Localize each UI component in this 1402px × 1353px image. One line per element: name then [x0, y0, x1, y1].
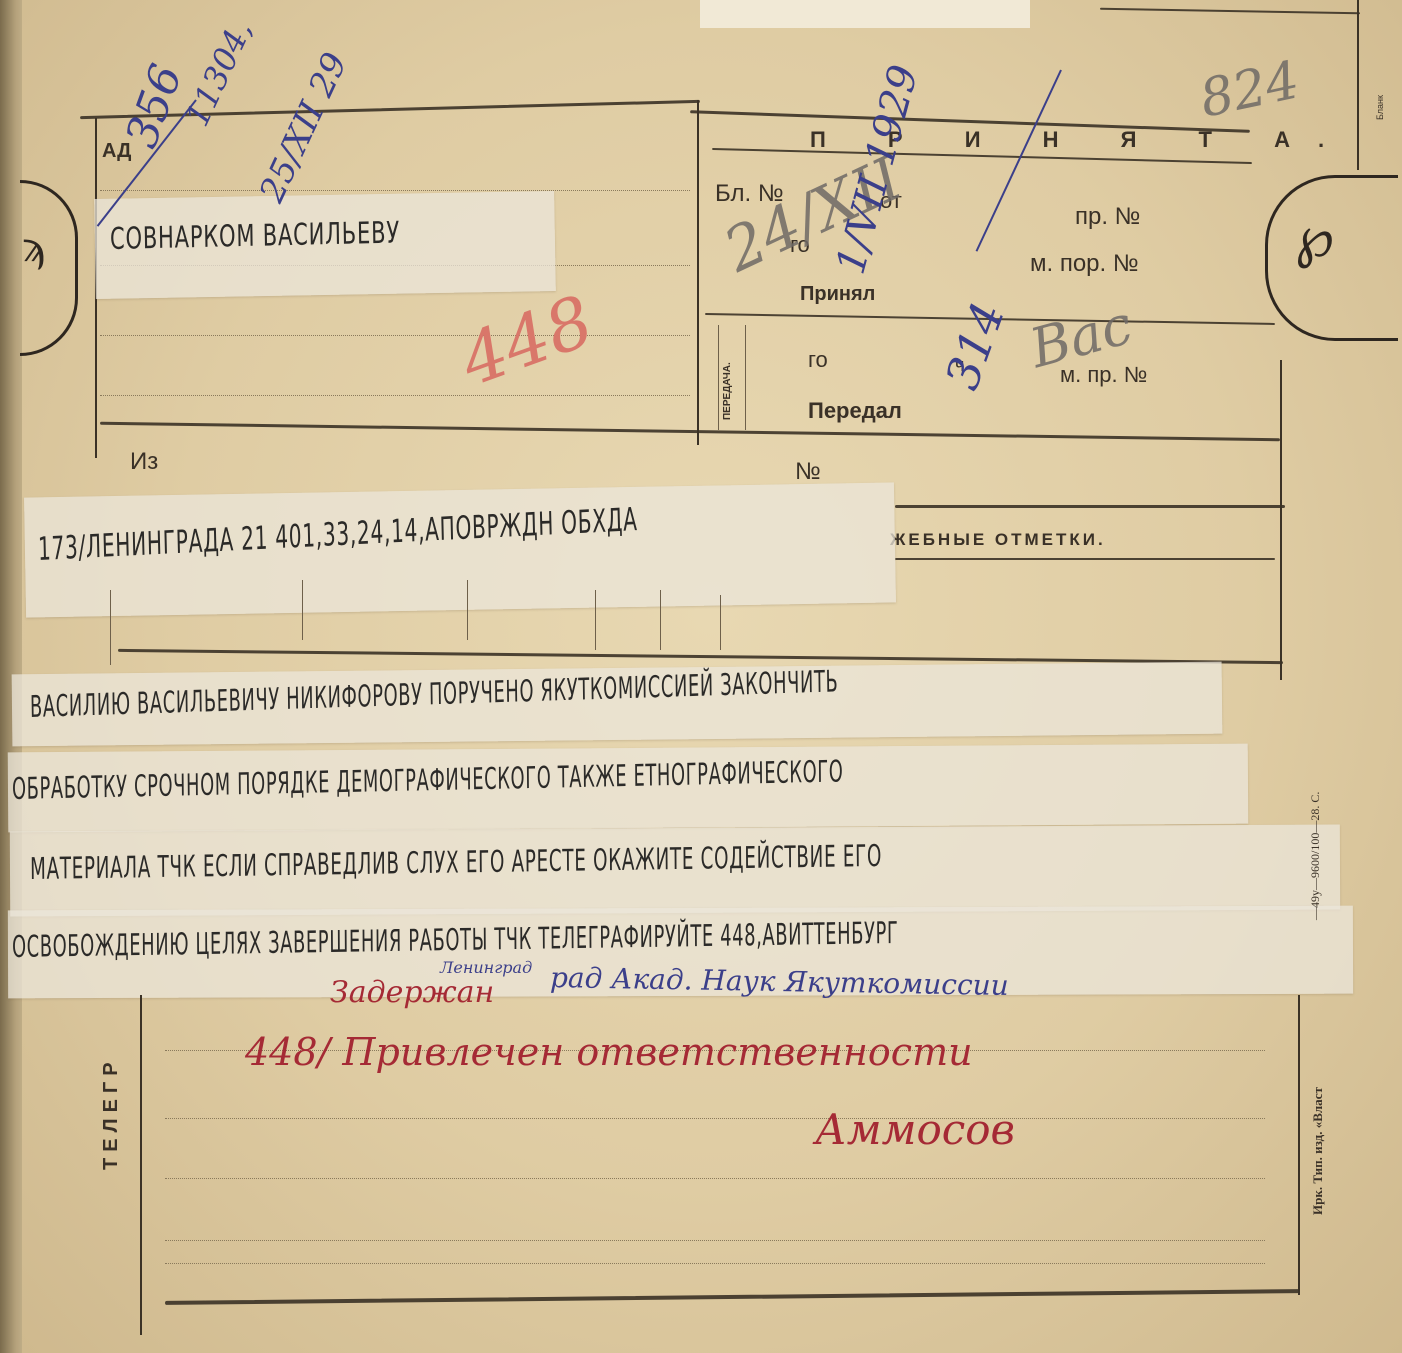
transmitted-by-label: Передал: [808, 398, 902, 424]
address-line: [100, 190, 690, 192]
address-label: АД: [102, 140, 131, 163]
number-label: №: [795, 458, 821, 486]
transmission-side-label: ПЕРЕДАЧА.: [722, 362, 733, 420]
transmitted-go-label: го: [808, 347, 828, 373]
bottom-box-left: [140, 995, 142, 1335]
paper-flap: [700, 0, 1030, 28]
right-border: [1280, 360, 1282, 680]
printer-imprint-bottom: Ирк. Тип. изд. «Власт: [1310, 1087, 1326, 1215]
corner-mark: Бланк: [1375, 95, 1385, 120]
printer-imprint-top: —49у—9600/100—28. С.: [1308, 792, 1323, 920]
transmission-box-line: [718, 325, 719, 430]
reply-line: [165, 1178, 1265, 1180]
column-divider: [720, 595, 721, 650]
service-rule-2: [895, 558, 1275, 560]
telegraph-horn-emblem-icon: ℘: [1295, 205, 1334, 270]
telegraph-emblem-icon: ϡ: [22, 225, 45, 271]
service-marks-label: ЖЕБНЫЕ ОТМЕТКИ.: [890, 530, 1106, 550]
address-line: [100, 395, 690, 397]
side-title: ТЕЛЕГР: [100, 1056, 123, 1170]
column-divider: [595, 590, 596, 650]
m-por-number-label: м. пор. №: [1030, 250, 1139, 278]
received-by-label: Принял: [800, 283, 875, 306]
address-line: [100, 335, 690, 337]
reply-line: [165, 1118, 1265, 1120]
handwritten-reply: 448/ Привлечен ответственности: [245, 1030, 973, 1074]
column-divider: [467, 580, 468, 640]
divider-line: [697, 100, 699, 445]
column-divider: [110, 590, 111, 665]
service-rule: [895, 505, 1285, 508]
bottom-box-right: [1298, 995, 1300, 1295]
column-divider: [660, 590, 661, 650]
address-tape-text: СОВНАРКОМ ВАСИЛЬЕВУ: [110, 216, 400, 257]
handwritten-signature: Аммосов: [815, 1105, 1015, 1154]
transmission-box-line: [745, 325, 746, 430]
right-edge-line: [1357, 0, 1359, 170]
reply-line: [165, 1240, 1265, 1242]
from-label: Из: [130, 448, 158, 476]
column-divider: [302, 580, 303, 640]
handwritten-detained: Задержан: [330, 975, 494, 1010]
pr-number-label: пр. №: [1075, 203, 1140, 231]
reply-line: [165, 1263, 1265, 1265]
